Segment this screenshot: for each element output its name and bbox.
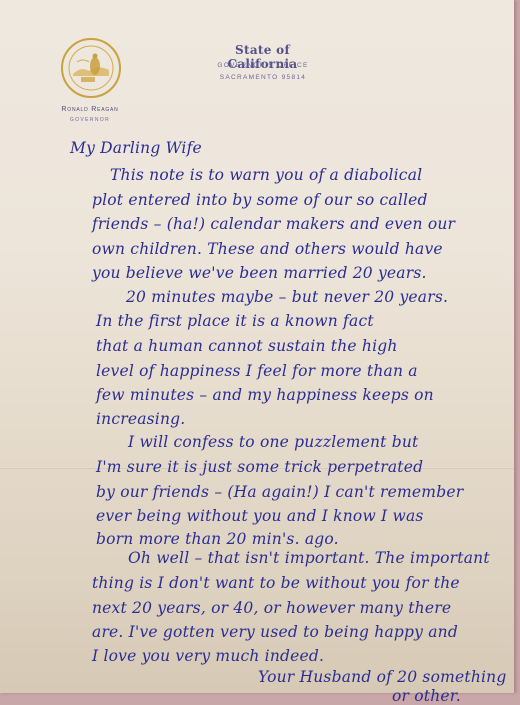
- letter-line: 20 minutes maybe – but never 20 years.: [126, 288, 448, 306]
- letter-line: own children. These and others would hav…: [92, 240, 443, 258]
- letter-line: level of happiness I feel for more than …: [96, 362, 418, 380]
- closing-continued: or other.: [392, 687, 461, 693]
- salutation: My Darling Wife: [70, 139, 202, 157]
- letter-line: friends – (ha!) calendar makers and even…: [92, 215, 455, 233]
- letter-line: In the first place it is a known fact: [96, 312, 374, 330]
- letter-line: Oh well – that isn't important. The impo…: [128, 549, 490, 567]
- letter-line: I'm sure it is just some trick perpetrat…: [96, 458, 423, 476]
- letter-line: thing is I don't want to be without you …: [92, 574, 460, 592]
- letter-line: that a human cannot sustain the high: [96, 337, 398, 355]
- letter-line: This note is to warn you of a diabolical: [110, 166, 422, 184]
- letter-line: by our friends – (Ha again!) I can't rem…: [96, 483, 463, 501]
- governor-name: Ronald Reagan: [52, 106, 128, 113]
- letter-line: next 20 years, or 40, or however many th…: [92, 599, 451, 617]
- letter-line: I love you very much indeed.: [92, 647, 324, 665]
- letter-line: I will confess to one puzzlement but: [128, 433, 418, 451]
- closing: Your Husband of 20 something: [258, 668, 506, 686]
- letter-line: ever being without you and I know I was: [96, 507, 424, 525]
- letter-line: plot entered into by some of our so call…: [92, 191, 428, 209]
- governor-title: GOVERNOR: [52, 117, 128, 123]
- letter-page: State of California GOVERNOR'S OFFICE SA…: [0, 0, 514, 693]
- letter-line: increasing.: [96, 410, 185, 428]
- state-seal-icon: [61, 38, 121, 98]
- letterhead-address: SACRAMENTO 95814: [183, 74, 343, 81]
- letter-line: you believe we've been married 20 years.: [92, 264, 427, 282]
- letterhead-office: GOVERNOR'S OFFICE: [183, 62, 343, 69]
- letter-line: are. I've gotten very used to being happ…: [92, 623, 458, 641]
- letter-line: born more than 20 min's. ago.: [96, 530, 339, 548]
- letter-line: few minutes – and my happiness keeps on: [96, 386, 434, 404]
